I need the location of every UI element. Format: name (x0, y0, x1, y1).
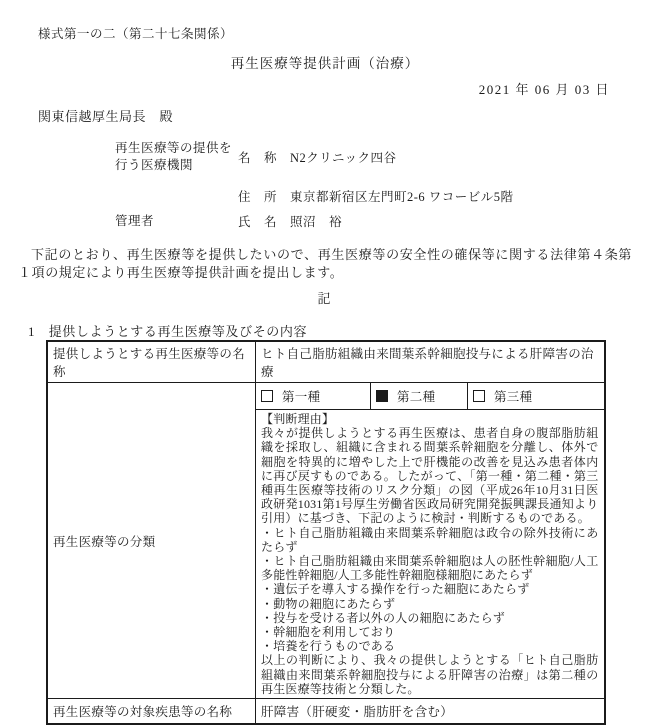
person-name-label: 氏 名 (238, 212, 290, 230)
class2-option: 第二種 (376, 387, 462, 405)
manager-label: 管理者 (115, 213, 238, 230)
document-date: 2021 年 06 月 03 日 (479, 79, 610, 98)
intro-paragraph: 下記のとおり、再生医療等を提供したいので、再生医療等の安全性の確保等に関する法律… (18, 246, 632, 282)
clinic-address: 東京都新宿区左門町2-6 ワコービル5階 (290, 187, 514, 205)
table-row-classification: 再生医療等の分類 第一種 第二種 第三種 (47, 383, 605, 410)
institution-name-row: 再生医療等の提供を 行う医療機関 名 称 N2クリニック四谷 (115, 140, 514, 174)
provider-label: 再生医療等の提供を 行う医療機関 (115, 140, 238, 174)
classification-row-label: 再生医療等の分類 (47, 383, 256, 699)
form-number: 様式第一の二（第二十七条関係） (38, 24, 233, 42)
name-label: 名 称 (238, 148, 290, 166)
disease-name: 肝障害（肝硬変・脂肪肝を含む） (256, 699, 605, 725)
class1-checkbox-icon (261, 390, 273, 402)
document-page: 様式第一の二（第二十七条関係） 再生医療等提供計画（治療） 2021 年 06 … (0, 0, 650, 727)
section-1-heading: 1 提供しようとする再生医療等及びその内容 (28, 321, 307, 340)
plan-table: 提供しようとする再生医療等の名称 ヒト自己脂肪組織由来間葉系幹細胞投与による肝障… (46, 340, 606, 725)
reason-line: ・投与を受ける者以外の人の細胞にあたらず (261, 611, 599, 625)
class3-option: 第三種 (473, 387, 599, 405)
addressee: 関東信越厚生局長 殿 (38, 106, 173, 125)
address-label: 住 所 (238, 187, 290, 205)
institution-address-row: 住 所 東京都新宿区左門町2-6 ワコービル5階 (115, 187, 514, 205)
reason-line: 我々が提供しようとする再生医療は、患者自身の腹部脂肪組織を採取し、組織に含まれる… (261, 426, 599, 525)
reason-line: ・ヒト自己脂肪組織由来間葉系幹細胞は政令の除外技術にあたらず (261, 526, 599, 554)
reason-line: 【判断理由】 (261, 412, 599, 426)
institution-manager-row: 管理者 氏 名 照沼 裕 (115, 212, 514, 230)
name-row-label: 提供しようとする再生医療等の名称 (47, 341, 256, 383)
treatment-name: ヒト自己脂肪組織由来間葉系幹細胞投与による肝障害の治療 (256, 341, 605, 383)
notice-mark: 記 (0, 288, 650, 307)
reason-line: ・ヒト自己脂肪組織由来間葉系幹細胞は人の胚性幹細胞/人工多能性幹細胞/人工多能性… (261, 554, 599, 582)
table-row-name: 提供しようとする再生医療等の名称 ヒト自己脂肪組織由来間葉系幹細胞投与による肝障… (47, 341, 605, 383)
classification-reason: 【判断理由】我々が提供しようとする再生医療は、患者自身の腹部脂肪組織を採取し、組… (256, 410, 605, 699)
page-title: 再生医療等提供計画（治療） (0, 52, 650, 72)
class1-option: 第一種 (261, 387, 365, 405)
reason-line: ・幹細胞を利用しており (261, 625, 599, 639)
class3-label: 第三種 (494, 387, 532, 405)
class1-label: 第一種 (282, 387, 320, 405)
reason-line: ・動物の細胞にあたらず (261, 597, 599, 611)
disease-row-label: 再生医療等の対象疾患等の名称 (47, 699, 256, 725)
class2-checkbox-icon (376, 390, 388, 402)
table-row-disease: 再生医療等の対象疾患等の名称 肝障害（肝硬変・脂肪肝を含む） (47, 699, 605, 725)
reason-line: ・遺伝子を導入する操作を行った細胞にあたらず (261, 582, 599, 596)
institution-block: 再生医療等の提供を 行う医療機関 名 称 N2クリニック四谷 住 所 東京都新宿… (115, 140, 514, 230)
reason-line: ・培養を行うものである (261, 639, 599, 653)
class2-label: 第二種 (397, 387, 435, 405)
reason-line: 以上の判断により、我々の提供しようとする「ヒト自己脂肪組織由来間葉系幹細胞投与に… (261, 653, 599, 696)
clinic-name: N2クリニック四谷 (290, 148, 397, 166)
manager-name: 照沼 裕 (290, 212, 342, 230)
class3-checkbox-icon (473, 390, 485, 402)
